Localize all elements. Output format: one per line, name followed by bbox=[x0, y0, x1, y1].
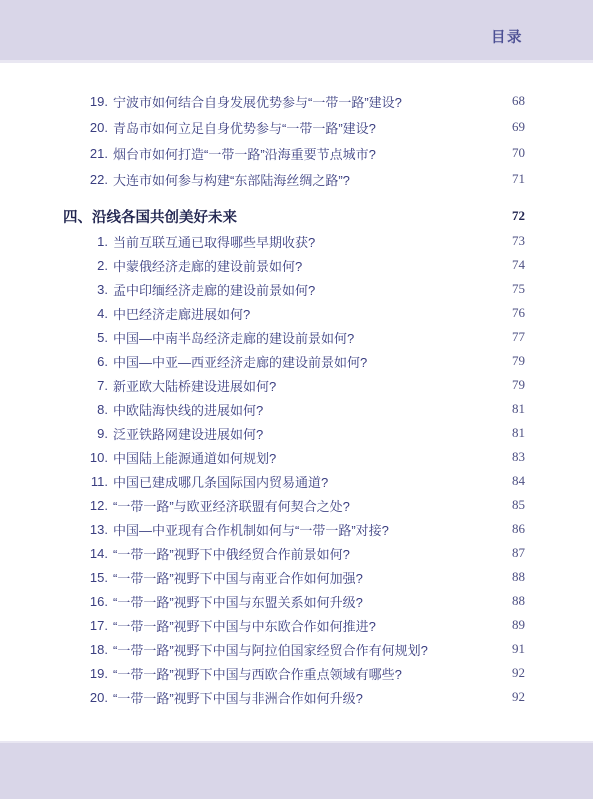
toc-entry: 4. 中巴经济走廊进展如何? 76 bbox=[0, 301, 593, 325]
toc-entry-title: 中蒙俄经济走廊的建设前景如何? bbox=[113, 256, 512, 275]
toc-entry-title: 中欧陆海快线的进展如何? bbox=[113, 400, 512, 419]
page-title: 目录 bbox=[491, 26, 523, 47]
toc-entry: 22. 大连市如何参与构建“东部陆海丝绸之路”? 71 bbox=[0, 166, 593, 192]
toc-entry-number: 21. bbox=[63, 146, 108, 161]
toc-page: 目录 19. 宁波市如何结合自身发展优势参与“一带一路”建设? 68 20. 青… bbox=[0, 0, 593, 799]
toc-entry-number: 19. bbox=[63, 666, 108, 681]
header-band: 目录 bbox=[0, 0, 593, 63]
toc-entry-page-number: 92 bbox=[512, 689, 525, 705]
toc-entry-page-number: 74 bbox=[512, 257, 525, 273]
toc-entry-title: 中国陆上能源通道如何规划? bbox=[113, 448, 512, 467]
toc-entry: 5. 中国—中南半岛经济走廊的建设前景如何? 77 bbox=[0, 325, 593, 349]
toc-entry-page-number: 87 bbox=[512, 545, 525, 561]
toc-entry-page-number: 86 bbox=[512, 521, 525, 537]
toc-entry: 15. “一带一路”视野下中国与南亚合作如何加强? 88 bbox=[0, 565, 593, 589]
toc-entry: 18. “一带一路”视野下中国与阿拉伯国家经贸合作有何规划? 91 bbox=[0, 637, 593, 661]
toc-entry-number: 16. bbox=[63, 594, 108, 609]
toc-entry-page-number: 75 bbox=[512, 281, 525, 297]
toc-entry-number: 9. bbox=[63, 426, 108, 441]
toc-entry-title: “一带一路”视野下中国与阿拉伯国家经贸合作有何规划? bbox=[113, 640, 512, 659]
toc-entry-page-number: 68 bbox=[512, 93, 525, 109]
toc-entry: 13. 中国—中亚现有合作机制如何与“一带一路”对接? 86 bbox=[0, 517, 593, 541]
toc-entry-title: 中国—中亚—西亚经济走廊的建设前景如何? bbox=[113, 352, 512, 371]
toc-entry: 19. 宁波市如何结合自身发展优势参与“一带一路”建设? 68 bbox=[0, 88, 593, 114]
toc-entry-page-number: 73 bbox=[512, 233, 525, 249]
section-heading-page-number: 72 bbox=[512, 208, 525, 224]
toc-entry-page-number: 81 bbox=[512, 401, 525, 417]
toc-entry-number: 18. bbox=[63, 642, 108, 657]
toc-entry: 8. 中欧陆海快线的进展如何? 81 bbox=[0, 397, 593, 421]
toc-entry-title: 中巴经济走廊进展如何? bbox=[113, 304, 512, 323]
toc-entry-title: “一带一路”视野下中国与非洲合作如何升级? bbox=[113, 688, 512, 707]
toc-entry-number: 17. bbox=[63, 618, 108, 633]
toc-entry: 16. “一带一路”视野下中国与东盟关系如何升级? 88 bbox=[0, 589, 593, 613]
toc-entry-page-number: 76 bbox=[512, 305, 525, 321]
toc-entry-number: 13. bbox=[63, 522, 108, 537]
toc-entry-page-number: 69 bbox=[512, 119, 525, 135]
toc-entry: 12. “一带一路”与欧亚经济联盟有何契合之处? 85 bbox=[0, 493, 593, 517]
toc-content: 19. 宁波市如何结合自身发展优势参与“一带一路”建设? 68 20. 青岛市如… bbox=[0, 63, 593, 709]
toc-entry-number: 6. bbox=[63, 354, 108, 369]
toc-entry-title: 烟台市如何打造“一带一路”沿海重要节点城市? bbox=[113, 144, 512, 163]
toc-entry-title: “一带一路”与欧亚经济联盟有何契合之处? bbox=[113, 496, 512, 515]
toc-list-section4: 1. 当前互联互通已取得哪些早期收获? 73 2. 中蒙俄经济走廊的建设前景如何… bbox=[0, 229, 593, 709]
toc-entry-number: 22. bbox=[63, 172, 108, 187]
toc-entry-title: 中国—中南半岛经济走廊的建设前景如何? bbox=[113, 328, 512, 347]
toc-entry-page-number: 88 bbox=[512, 593, 525, 609]
toc-entry-title: 孟中印缅经济走廊的建设前景如何? bbox=[113, 280, 512, 299]
toc-entry-page-number: 70 bbox=[512, 145, 525, 161]
toc-entry-page-number: 79 bbox=[512, 353, 525, 369]
toc-entry: 6. 中国—中亚—西亚经济走廊的建设前景如何? 79 bbox=[0, 349, 593, 373]
toc-entry-page-number: 92 bbox=[512, 665, 525, 681]
toc-entry: 20. “一带一路”视野下中国与非洲合作如何升级? 92 bbox=[0, 685, 593, 709]
toc-entry-page-number: 71 bbox=[512, 171, 525, 187]
toc-entry-number: 2. bbox=[63, 258, 108, 273]
toc-entry-number: 8. bbox=[63, 402, 108, 417]
toc-entry-number: 3. bbox=[63, 282, 108, 297]
toc-entry-number: 7. bbox=[63, 378, 108, 393]
toc-entry-title: 中国已建成哪几条国际国内贸易通道? bbox=[113, 472, 512, 491]
toc-entry: 17. “一带一路”视野下中国与中东欧合作如何推进? 89 bbox=[0, 613, 593, 637]
toc-entry-page-number: 91 bbox=[512, 641, 525, 657]
toc-entry: 2. 中蒙俄经济走廊的建设前景如何? 74 bbox=[0, 253, 593, 277]
toc-entry-title: 宁波市如何结合自身发展优势参与“一带一路”建设? bbox=[113, 92, 512, 111]
toc-entry-number: 1. bbox=[63, 234, 108, 249]
toc-entry-number: 12. bbox=[63, 498, 108, 513]
toc-list-continued: 19. 宁波市如何结合自身发展优势参与“一带一路”建设? 68 20. 青岛市如… bbox=[0, 63, 593, 192]
toc-entry-page-number: 79 bbox=[512, 377, 525, 393]
toc-entry-number: 4. bbox=[63, 306, 108, 321]
toc-entry-page-number: 81 bbox=[512, 425, 525, 441]
toc-entry-title: 青岛市如何立足自身优势参与“一带一路”建设? bbox=[113, 118, 512, 137]
section-heading-label: 四、沿线各国共创美好未来 bbox=[63, 206, 512, 227]
toc-entry: 21. 烟台市如何打造“一带一路”沿海重要节点城市? 70 bbox=[0, 140, 593, 166]
toc-entry-number: 19. bbox=[63, 94, 108, 109]
toc-entry: 14. “一带一路”视野下中俄经贸合作前景如何? 87 bbox=[0, 541, 593, 565]
toc-entry-page-number: 83 bbox=[512, 449, 525, 465]
toc-entry-number: 11. bbox=[63, 474, 108, 489]
toc-entry-number: 10. bbox=[63, 450, 108, 465]
toc-entry-title: “一带一路”视野下中国与东盟关系如何升级? bbox=[113, 592, 512, 611]
footer-band bbox=[0, 741, 593, 799]
toc-entry-page-number: 84 bbox=[512, 473, 525, 489]
toc-entry-title: 大连市如何参与构建“东部陆海丝绸之路”? bbox=[113, 170, 512, 189]
toc-entry-title: “一带一路”视野下中俄经贸合作前景如何? bbox=[113, 544, 512, 563]
toc-entry-title: “一带一路”视野下中国与中东欧合作如何推进? bbox=[113, 616, 512, 635]
toc-entry-number: 5. bbox=[63, 330, 108, 345]
toc-entry-number: 14. bbox=[63, 546, 108, 561]
toc-entry-page-number: 88 bbox=[512, 569, 525, 585]
toc-entry-title: 泛亚铁路网建设进展如何? bbox=[113, 424, 512, 443]
toc-entry: 3. 孟中印缅经济走廊的建设前景如何? 75 bbox=[0, 277, 593, 301]
toc-entry-number: 15. bbox=[63, 570, 108, 585]
toc-entry: 1. 当前互联互通已取得哪些早期收获? 73 bbox=[0, 229, 593, 253]
toc-entry-number: 20. bbox=[63, 690, 108, 705]
toc-entry-title: 新亚欧大陆桥建设进展如何? bbox=[113, 376, 512, 395]
toc-entry-page-number: 89 bbox=[512, 617, 525, 633]
toc-entry-number: 20. bbox=[63, 120, 108, 135]
toc-entry: 10. 中国陆上能源通道如何规划? 83 bbox=[0, 445, 593, 469]
toc-entry-page-number: 85 bbox=[512, 497, 525, 513]
toc-entry: 11. 中国已建成哪几条国际国内贸易通道? 84 bbox=[0, 469, 593, 493]
toc-entry-title: “一带一路”视野下中国与南亚合作如何加强? bbox=[113, 568, 512, 587]
toc-entry-title: 中国—中亚现有合作机制如何与“一带一路”对接? bbox=[113, 520, 512, 539]
toc-entry: 7. 新亚欧大陆桥建设进展如何? 79 bbox=[0, 373, 593, 397]
toc-entry: 20. 青岛市如何立足自身优势参与“一带一路”建设? 69 bbox=[0, 114, 593, 140]
toc-entry-title: “一带一路”视野下中国与西欧合作重点领域有哪些? bbox=[113, 664, 512, 683]
toc-entry-title: 当前互联互通已取得哪些早期收获? bbox=[113, 232, 512, 251]
toc-entry: 9. 泛亚铁路网建设进展如何? 81 bbox=[0, 421, 593, 445]
section-heading-row: 四、沿线各国共创美好未来 72 bbox=[0, 203, 593, 229]
toc-entry-page-number: 77 bbox=[512, 329, 525, 345]
toc-entry: 19. “一带一路”视野下中国与西欧合作重点领域有哪些? 92 bbox=[0, 661, 593, 685]
